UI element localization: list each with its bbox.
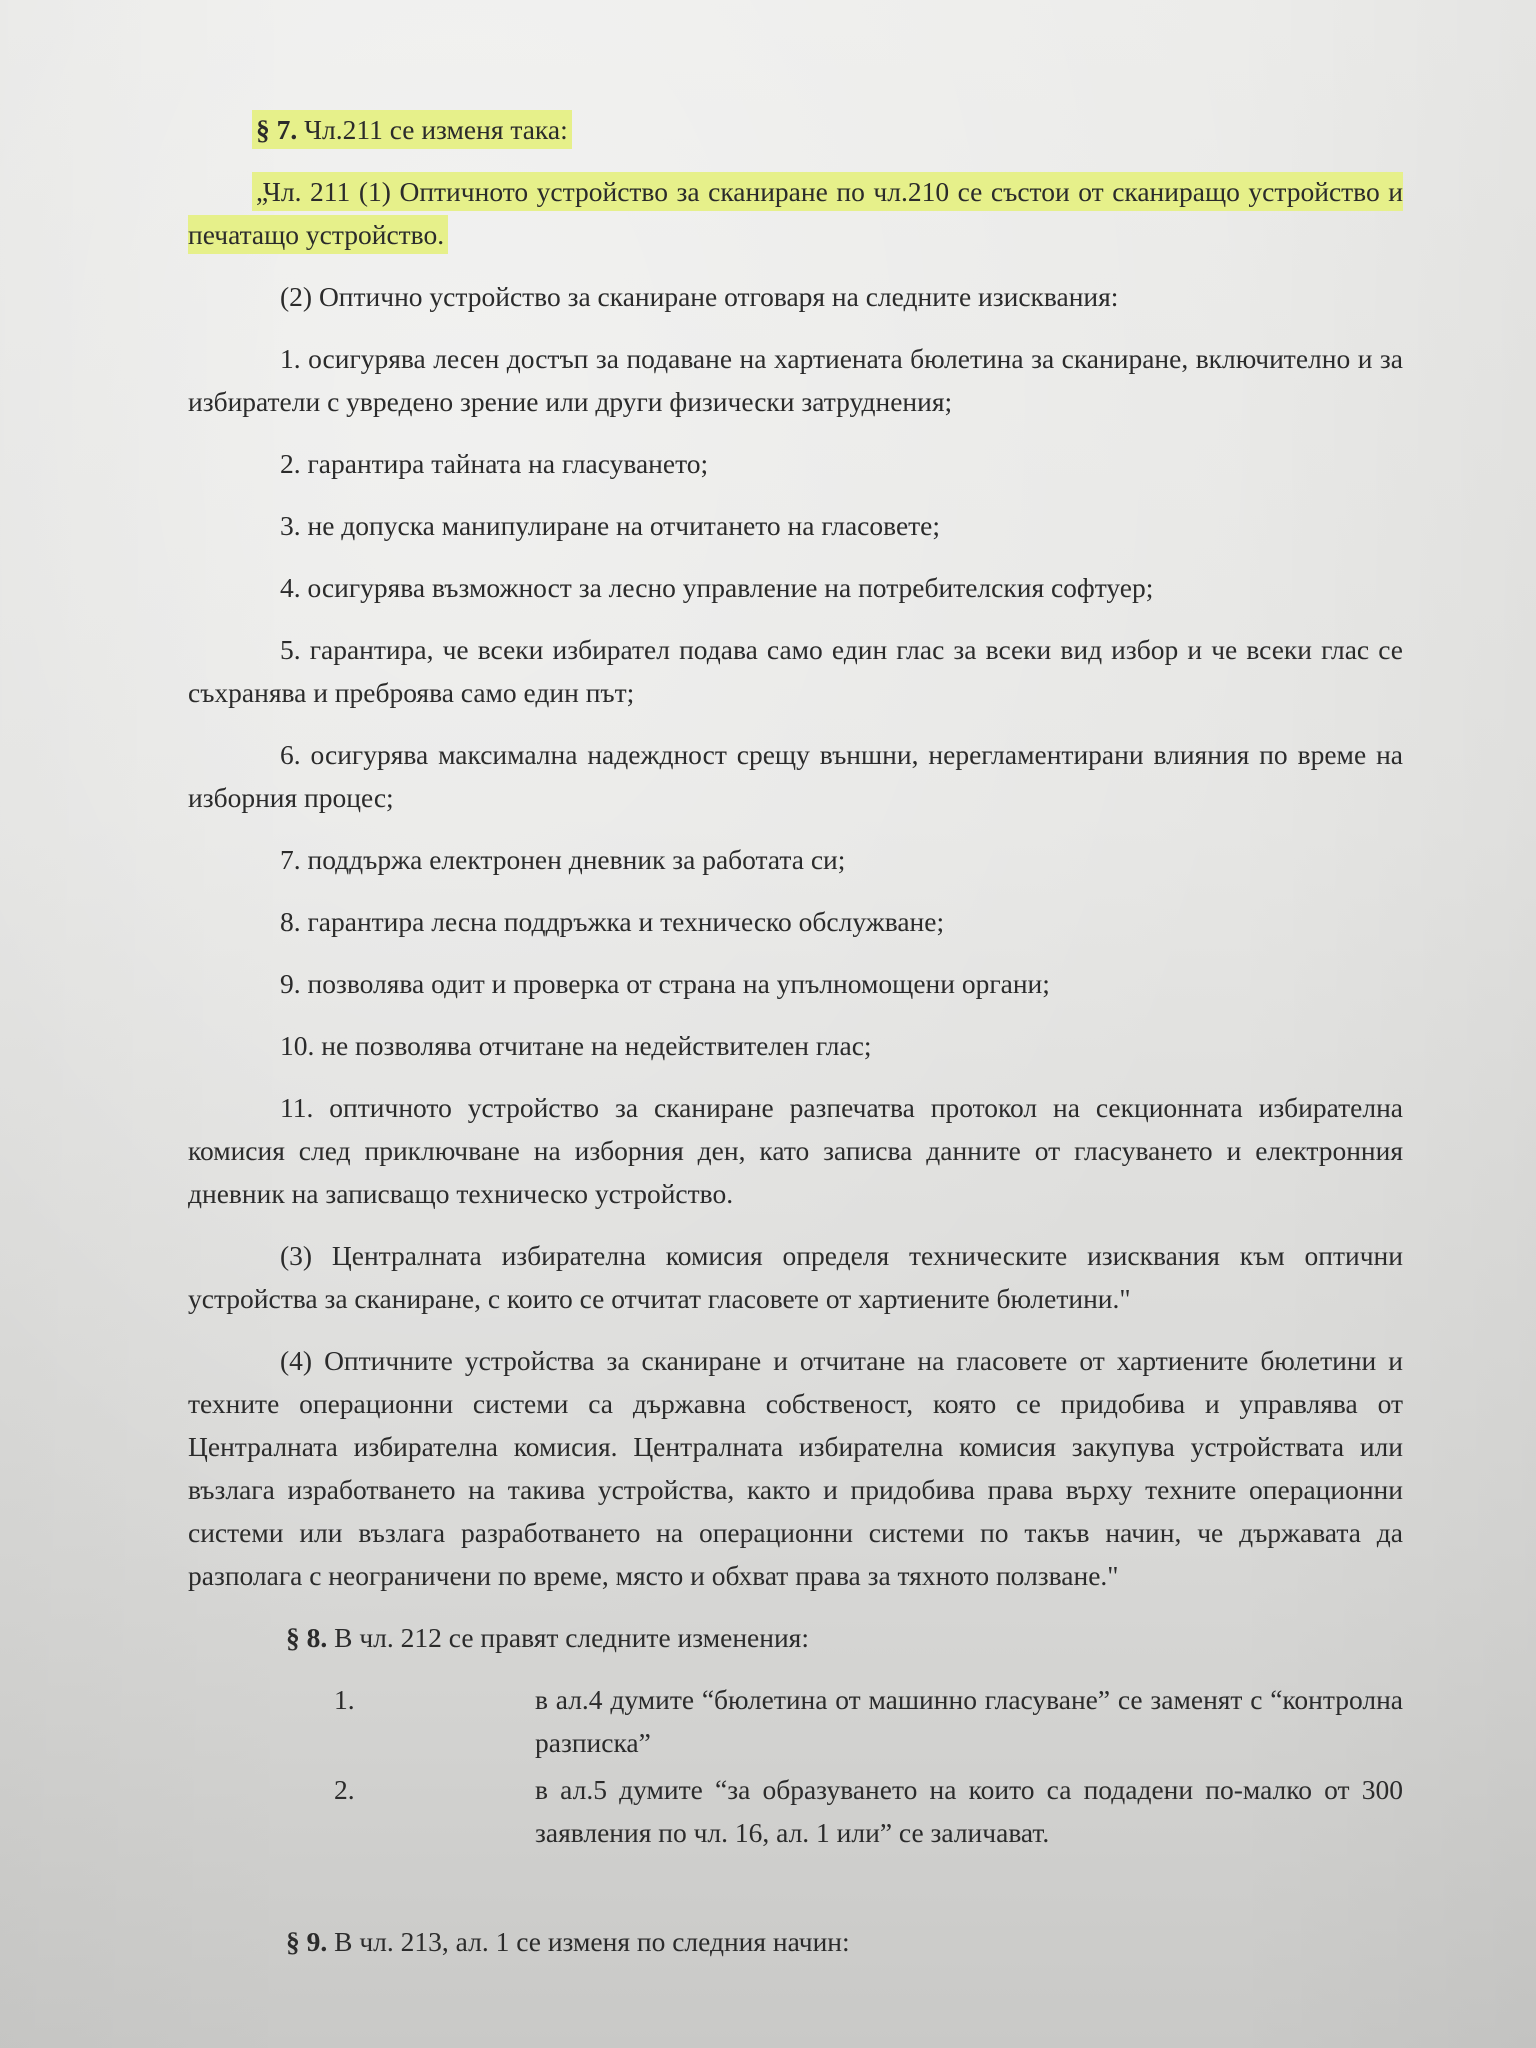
- section-8-amendment-list: 1. в ал.4 думите “бюлетина от машинно гл…: [188, 1678, 1403, 1854]
- document-page: § 7. Чл.211 се изменя така: „Чл. 211 (1)…: [0, 0, 1536, 2048]
- amendment-item: 2. в ал.5 думите “за образуването на кои…: [188, 1768, 1403, 1854]
- highlighted-paragraph: „Чл. 211 (1) Оптичното устройство за ска…: [188, 176, 1403, 250]
- amendment-item: 1. в ал.4 думите “бюлетина от машинно гл…: [188, 1678, 1403, 1764]
- requirement-item-3: 3. не допуска манипулиране на отчитането…: [188, 504, 1403, 547]
- requirement-item-8: 8. гарантира лесна поддръжка и техническ…: [188, 900, 1403, 943]
- article-211-para-3: (3) Централната избирателна комисия опре…: [188, 1234, 1403, 1320]
- document-body: § 7. Чл.211 се изменя така: „Чл. 211 (1)…: [188, 108, 1403, 1982]
- requirement-item-4: 4. осигурява възможност за лесно управле…: [188, 566, 1403, 609]
- requirement-item-5: 5. гарантира, че всеки избирател подава …: [188, 628, 1403, 714]
- section-heading-text: В чл. 213, ал. 1 се изменя по следния на…: [327, 1926, 849, 1957]
- highlighted-heading: § 7. Чл.211 се изменя така:: [256, 114, 568, 145]
- section-9-heading: § 9. В чл. 213, ал. 1 се изменя по следн…: [188, 1920, 1403, 1963]
- section-7-heading: § 7. Чл.211 се изменя така:: [188, 108, 1403, 151]
- article-211-para-4: (4) Оптичните устройства за сканиране и …: [188, 1339, 1403, 1597]
- spacer: [188, 1858, 1403, 1920]
- amendment-number: 1.: [188, 1678, 389, 1764]
- section-number: § 7.: [256, 114, 297, 145]
- section-heading-text: В чл. 212 се правят следните изменения:: [327, 1622, 809, 1653]
- requirement-item-1: 1. осигурява лесен достъп за подаване на…: [188, 337, 1403, 423]
- article-211-para-2: (2) Оптично устройство за сканиране отго…: [188, 275, 1403, 318]
- section-number: § 9.: [286, 1926, 327, 1957]
- section-heading-text: Чл.211 се изменя така:: [297, 114, 567, 145]
- requirement-item-9: 9. позволява одит и проверка от страна н…: [188, 962, 1403, 1005]
- section-8-heading: § 8. В чл. 212 се правят следните измене…: [188, 1616, 1403, 1659]
- amendment-text: в ал.5 думите “за образуването на които …: [389, 1768, 1403, 1854]
- amendment-number: 2.: [188, 1768, 389, 1854]
- requirement-item-11: 11. оптичното устройство за сканиране ра…: [188, 1086, 1403, 1215]
- requirement-item-10: 10. не позволява отчитане на недействите…: [188, 1024, 1403, 1067]
- section-number: § 8.: [286, 1622, 327, 1653]
- article-211-para-1: „Чл. 211 (1) Оптичното устройство за ска…: [188, 170, 1403, 256]
- requirement-item-7: 7. поддържа електронен дневник за работа…: [188, 838, 1403, 881]
- amendment-text: в ал.4 думите “бюлетина от машинно гласу…: [389, 1678, 1403, 1764]
- requirement-item-2: 2. гарантира тайната на гласуването;: [188, 442, 1403, 485]
- requirement-item-6: 6. осигурява максимална надеждност срещу…: [188, 733, 1403, 819]
